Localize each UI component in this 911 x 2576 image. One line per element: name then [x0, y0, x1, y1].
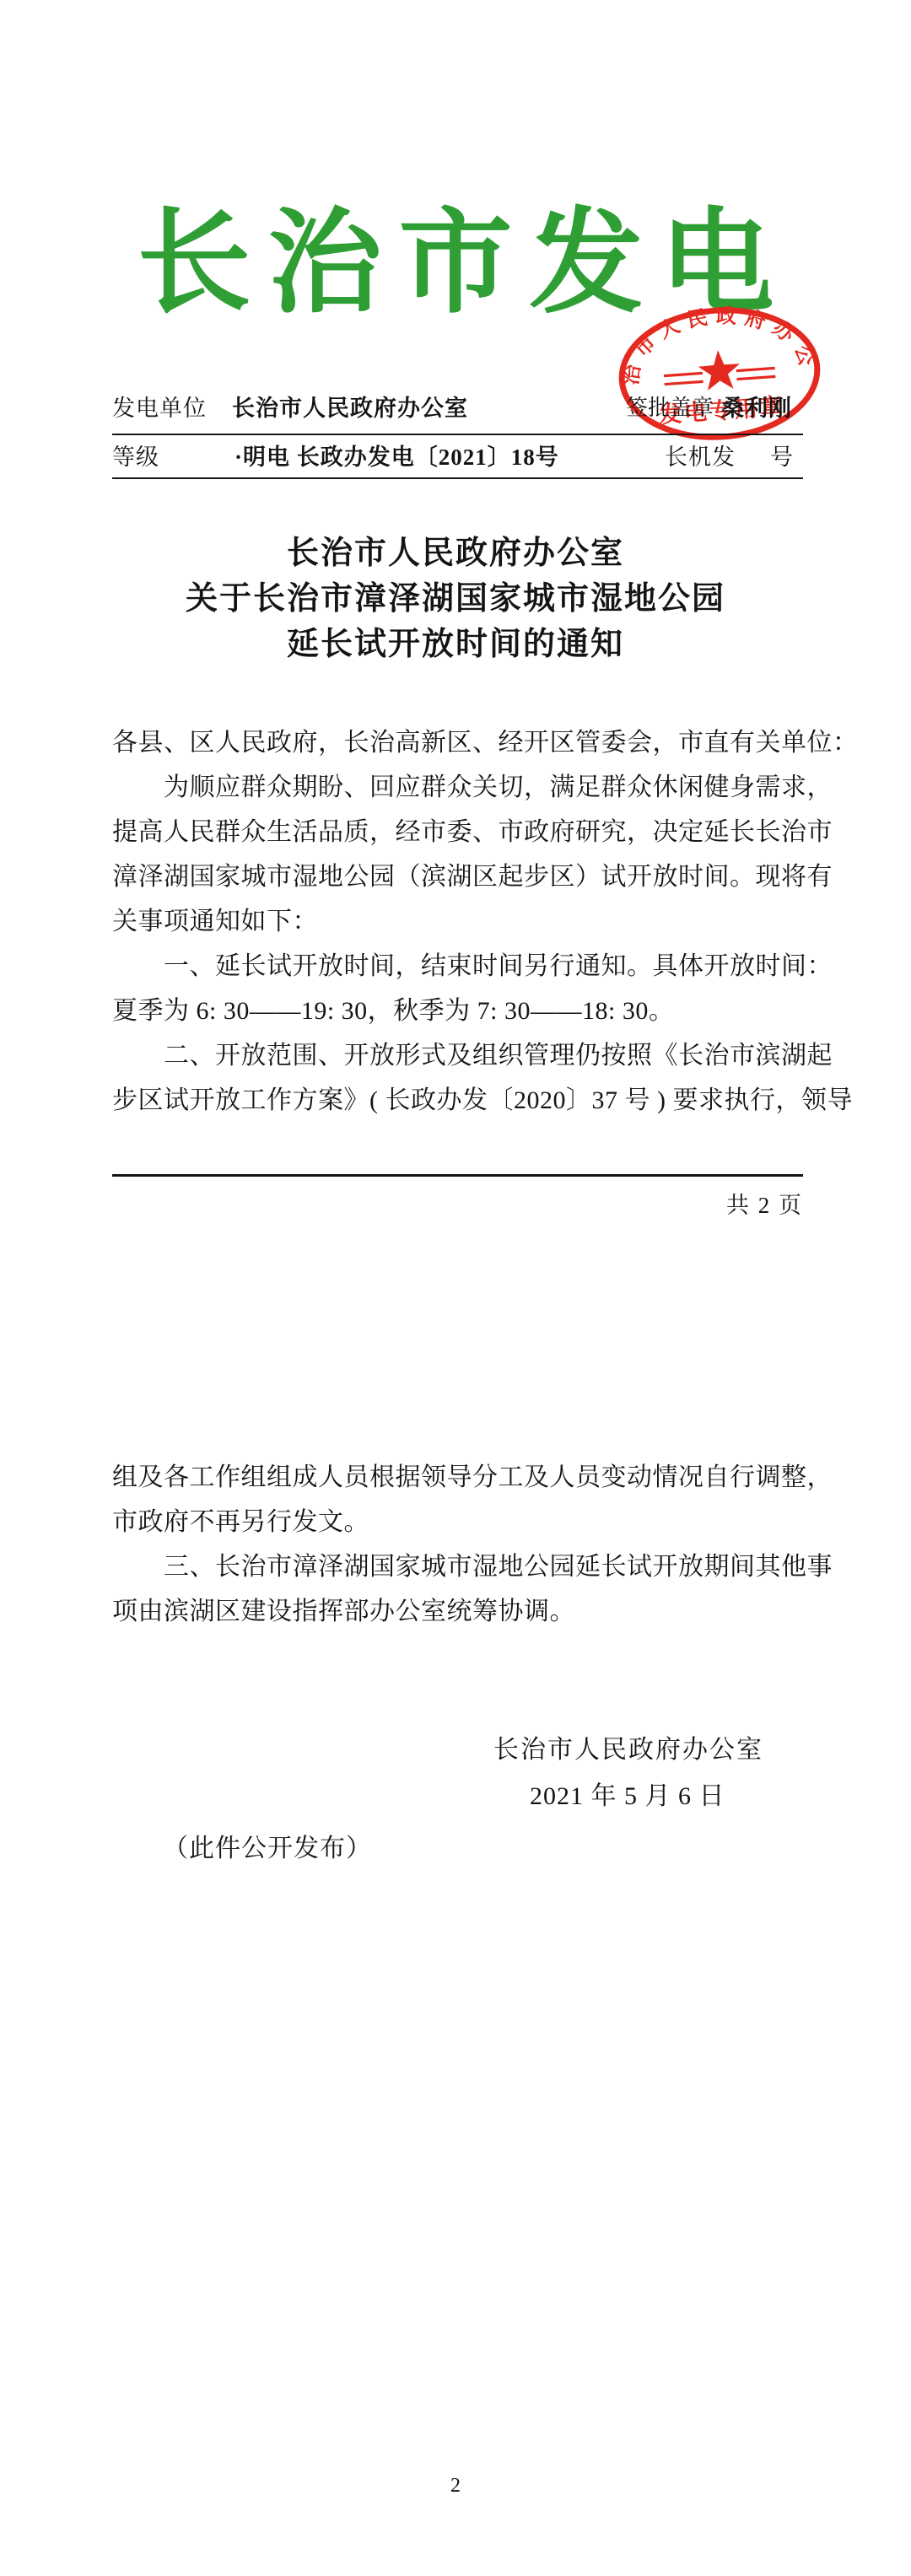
body-line: 关事项通知如下： [112, 899, 806, 944]
document-title: 长治市人民政府办公室 关于长治市漳泽湖国家城市湿地公园 延长试开放时间的通知 [0, 531, 911, 667]
document-title-line-2: 关于长治市漳泽湖国家城市湿地公园 [0, 576, 911, 622]
field-label-grade: 等级 [112, 443, 159, 472]
field-label-serial: 长机发 [665, 443, 736, 472]
header-divider-line-2 [112, 477, 803, 479]
page-separator-line [112, 1174, 803, 1177]
body-line: 三、长治市漳泽湖国家城市湿地公园延长试开放期间其他事 [112, 1544, 806, 1589]
signature-org: 长治市人民政府办公室 [493, 1737, 763, 1764]
body-line: 漳泽湖国家城市湿地公园（滨湖区起步区）试开放时间。现将有 [112, 854, 806, 899]
body-line: 夏季为 6: 30——19: 30，秋季为 7: 30——18: 30。 [112, 989, 806, 1033]
field-label-issuing-unit: 发电单位 [112, 394, 207, 423]
telegram-document-page: 长治市发电 长治市人民政府办公室 发电专用章 发电单位 长治市人民政府办公室 签… [0, 0, 911, 2576]
page-count-note: 共 2 页 [112, 1187, 803, 1220]
official-seal: 长治市人民政府办公室 发电专用章 [605, 290, 834, 457]
page-number: 2 [0, 2475, 911, 2498]
header-divider-line-1 [112, 434, 803, 435]
seal-graphic: 长治市人民政府办公室 发电专用章 [605, 290, 834, 457]
public-release-note: （此件公开发布） [163, 1835, 372, 1862]
document-title-line-1: 长治市人民政府办公室 [0, 531, 911, 576]
body-line: 二、开放范围、开放形式及组织管理仍按照《长治市滨湖起 [112, 1033, 806, 1078]
document-title-line-3: 延长试开放时间的通知 [0, 622, 911, 667]
body-line: 市政府不再另行发文。 [112, 1500, 806, 1544]
body-line: 为顺应群众期盼、回应群众关切，满足群众休闲健身需求， [112, 765, 806, 810]
signature-date: 2021 年 5 月 6 日 [530, 1783, 725, 1810]
field-value-grade: ·明电 长政办发电〔2021〕18号 [234, 443, 559, 472]
body-page-2: 组及各工作组组成人员根据领导分工及人员变动情况自行调整， 市政府不再另行发文。 … [112, 1455, 806, 1634]
seal-star-icon [697, 348, 741, 391]
field-value-signer-name: 桑利刚 [721, 394, 792, 423]
field-label-sign-seal: 签批盖章 [626, 394, 714, 423]
field-serial-suffix: 号 [770, 443, 794, 472]
body-line: 各县、区人民政府，长治高新区、经开区管委会，市直有关单位： [112, 720, 806, 765]
body-line: 提高人民群众生活品质，经市委、市政府研究，决定延长长治市 [112, 810, 806, 854]
body-page-1: 各县、区人民政府，长治高新区、经开区管委会，市直有关单位： 为顺应群众期盼、回应… [112, 720, 806, 1123]
body-line: 一、延长试开放时间，结束时间另行通知。具体开放时间： [112, 944, 806, 989]
field-value-issuing-unit: 长治市人民政府办公室 [232, 394, 468, 423]
body-line: 步区试开放工作方案》( 长政办发〔2020〕37 号 ) 要求执行，领导 [112, 1078, 806, 1123]
body-line: 组及各工作组组成人员根据领导分工及人员变动情况自行调整， [112, 1455, 806, 1500]
body-line: 项由滨湖区建设指挥部办公室统筹协调。 [112, 1589, 806, 1634]
